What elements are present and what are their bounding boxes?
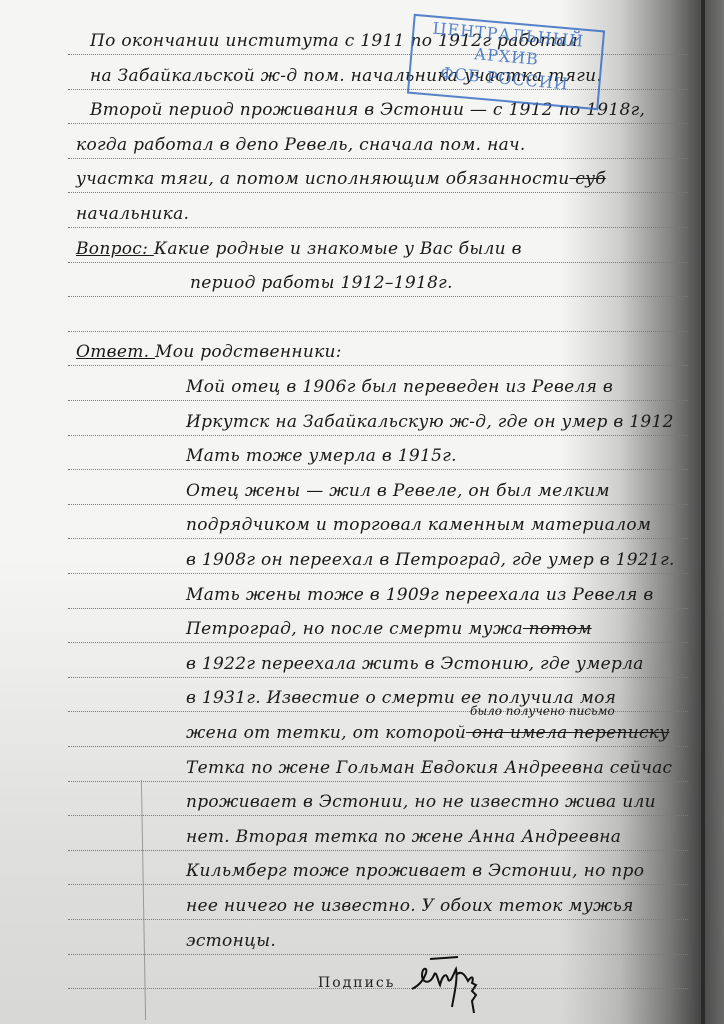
text-line: Мать тоже умерла в 1915г. [186,441,457,471]
text-line: в 1908г он переехал в Петроград, где уме… [186,545,675,575]
text-line: эстонцы. [186,926,276,956]
binding-edge [701,0,705,1024]
line-text: проживает в Эстонии, но не известно жива… [186,792,656,812]
signature-mark [410,955,500,1015]
ruled-line [68,954,688,955]
line-text: подрядчиком и торговал каменным материал… [186,515,651,535]
text-line: жена от тетки, от которой она имела пере… [186,718,669,748]
text-line: Мать жены тоже в 1909г переехала из Реве… [186,580,654,610]
text-line: в 1922г переехала жить в Эстонию, где ум… [186,649,644,679]
line-text: Мои родственники: [155,342,342,362]
line-text: когда работал в депо Ревель, сначала пом… [76,135,526,155]
line-text: Отец жены — жил в Ревеле, он был мелким [186,481,610,501]
text-line: нее ничего не известно. У обоих теток му… [186,891,634,921]
text-line: Кильмберг тоже проживает в Эстонии, но п… [186,856,644,886]
text-line: Ответ. Мои родственники: [76,337,342,367]
signature-label: Подпись [318,975,395,991]
line-text: период работы 1912–1918г. [190,273,453,293]
text-line: участка тяги, а потом исполняющим обязан… [76,164,606,194]
text-line: начальника. [76,199,189,229]
line-text: эстонцы. [186,931,276,951]
line-text: нет. Вторая тетка по жене Анна Андреевна [186,827,621,847]
text-line: Петроград, но после смерти мужа потом [186,614,592,644]
text-line: Отец жены — жил в Ревеле, он был мелким [186,476,610,506]
line-text: Тетка по жене Гольман Евдокия Андреевна … [186,758,672,778]
ruled-line [68,331,688,332]
line-text: жена от тетки, от которой [186,723,466,743]
struck-text: она имела переписку [466,723,669,743]
text-line: проживает в Эстонии, но не известно жива… [186,787,656,817]
line-text: участка тяги, а потом исполняющим обязан… [76,169,570,189]
line-text: начальника. [76,204,189,224]
text-line: когда работал в депо Ревель, сначала пом… [76,130,526,160]
line-label: Ответ. [76,342,155,362]
text-line: подрядчиком и торговал каменным материал… [186,510,651,540]
text-line: Мой отец в 1906г был переведен из Ревеля… [186,372,613,402]
line-text: Какие родные и знакомые у Вас были в [154,239,522,259]
line-text: Мой отец в 1906г был переведен из Ревеля… [186,377,613,397]
text-line: период работы 1912–1918г. [190,268,453,298]
struck-text: суб [570,169,606,189]
line-text: нее ничего не известно. У обоих теток му… [186,896,634,916]
archive-stamp: ЦЕНТРАЛЬНЫЙ АРХИВ ФСБ РОССИИ [407,14,605,110]
line-text: Иркутск на Забайкальскую ж-д, где он уме… [186,412,674,432]
line-text: в 1922г переехала жить в Эстонию, где ум… [186,654,644,674]
text-line: Иркутск на Забайкальскую ж-д, где он уме… [186,407,674,437]
line-text: Мать жены тоже в 1909г переехала из Реве… [186,585,654,605]
text-line: Вопрос: Какие родные и знакомые у Вас бы… [76,234,522,264]
line-text: Петроград, но после смерти мужа [186,619,523,639]
text-line: нет. Вторая тетка по жене Анна Андреевна [186,822,621,852]
line-text: Кильмберг тоже проживает в Эстонии, но п… [186,861,644,881]
line-text: Мать тоже умерла в 1915г. [186,446,457,466]
struck-text: потом [523,619,592,639]
line-label: Вопрос: [76,239,154,259]
inserted-text: было получено письмо [470,704,615,718]
document-page: По окончании института с 1911 по 1912г р… [0,0,724,1024]
line-text: в 1908г он переехал в Петроград, где уме… [186,550,675,570]
text-line: Тетка по жене Гольман Евдокия Андреевна … [186,753,672,783]
